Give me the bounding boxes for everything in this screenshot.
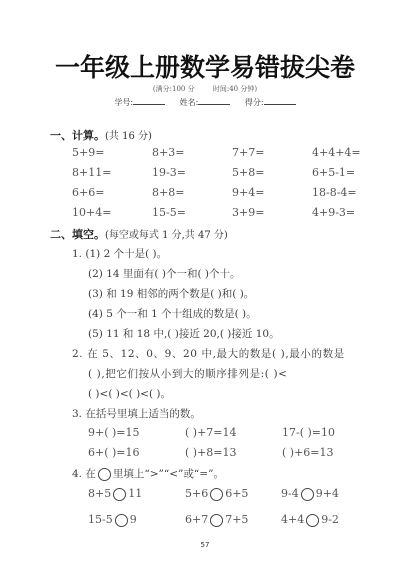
q3-item[interactable]: ( )+6=13 bbox=[282, 446, 334, 459]
compare-item: 5+66+5 bbox=[185, 487, 248, 501]
q1-item-1[interactable]: 1. (1) 2 个十是( )。 bbox=[72, 246, 167, 261]
calc-item[interactable]: 10+4= bbox=[72, 206, 111, 219]
answer-circle[interactable] bbox=[210, 488, 223, 501]
q1-item-2[interactable]: (2) 14 里面有( )个一和( )个十。 bbox=[88, 266, 240, 281]
student-info: 学号: 姓名: 得分: bbox=[0, 96, 410, 108]
q2-line-1[interactable]: 2. 在 5、12、0、9、20 中,最大的数是( ),最小的数是 bbox=[72, 346, 345, 361]
calc-item[interactable]: 3+9= bbox=[232, 206, 264, 219]
compare-item: 4+49-2 bbox=[281, 513, 339, 527]
calc-item[interactable]: 4+4+4= bbox=[312, 146, 361, 159]
page-title: 一年级上册数学易错拔尖卷 bbox=[0, 48, 410, 84]
q2-line-3[interactable]: ( )<( )<( )<( )。 bbox=[88, 386, 171, 401]
answer-circle[interactable] bbox=[306, 514, 319, 527]
q1-item-5[interactable]: (5) 11 和 18 中,( )接近 20,( )接近 10。 bbox=[88, 326, 280, 341]
calc-item[interactable]: 6+6= bbox=[72, 186, 104, 199]
q3-item[interactable]: ( )+8=13 bbox=[185, 446, 237, 459]
exam-meta: (满分:100 分 时间:40 分钟) bbox=[0, 84, 410, 94]
calc-item[interactable]: 9+4= bbox=[232, 186, 264, 199]
calc-item[interactable]: 18-8-4= bbox=[312, 186, 357, 199]
calc-item[interactable]: 15-5= bbox=[152, 206, 186, 219]
calc-item[interactable]: 5+9= bbox=[72, 146, 104, 159]
circle-icon bbox=[98, 468, 111, 481]
student-id-field[interactable]: 学号: bbox=[114, 98, 165, 107]
q2-line-2[interactable]: ( ),把它们按从小到大的顺序排列是:( )< bbox=[88, 366, 288, 381]
compare-item: 9-49+4 bbox=[281, 487, 339, 501]
q3-item[interactable]: 17-( )=10 bbox=[282, 426, 335, 439]
q3-item[interactable]: 9+( )=15 bbox=[88, 426, 140, 439]
calc-item[interactable]: 19-3= bbox=[152, 166, 186, 179]
score-field[interactable]: 得分: bbox=[245, 98, 296, 107]
calc-item[interactable]: 6+5-1= bbox=[312, 166, 355, 179]
answer-circle[interactable] bbox=[115, 514, 128, 527]
calc-item[interactable]: 8+3= bbox=[152, 146, 184, 159]
calc-item[interactable]: 7+7= bbox=[232, 146, 264, 159]
q3-item[interactable]: ( )+7=14 bbox=[185, 426, 237, 439]
compare-item: 6+77+5 bbox=[185, 513, 248, 527]
q4-prompt: 4. 在里填上“>”“<”或“=”。 bbox=[72, 466, 224, 481]
calc-item[interactable]: 5+8= bbox=[232, 166, 264, 179]
student-name-field[interactable]: 姓名: bbox=[180, 98, 231, 107]
compare-item: 15-59 bbox=[88, 513, 137, 527]
section2-heading: 二、填空。(每空或每式 1 分,共 47 分) bbox=[50, 226, 228, 242]
answer-circle[interactable] bbox=[113, 488, 126, 501]
compare-item: 8+511 bbox=[88, 487, 142, 501]
q3-item[interactable]: 6+( )=16 bbox=[88, 446, 140, 459]
full-score: (满分:100 分 bbox=[153, 85, 195, 93]
answer-circle[interactable] bbox=[301, 488, 314, 501]
section1-heading: 一、计算。(共 16 分) bbox=[50, 127, 152, 143]
time-limit: 时间:40 分钟) bbox=[213, 85, 257, 93]
page-number: 57 bbox=[0, 541, 410, 549]
calc-item[interactable]: 8+11= bbox=[72, 166, 111, 179]
q3-prompt: 3. 在括号里填上适当的数。 bbox=[72, 406, 201, 421]
q1-item-3[interactable]: (3) 和 19 相邻的两个数是( )和( )。 bbox=[88, 286, 254, 301]
calc-item[interactable]: 4+9-3= bbox=[312, 206, 355, 219]
answer-circle[interactable] bbox=[210, 514, 223, 527]
q1-item-4[interactable]: (4) 5 个一和 1 个十组成的数是( )。 bbox=[88, 306, 257, 321]
calc-item[interactable]: 8+8= bbox=[152, 186, 184, 199]
